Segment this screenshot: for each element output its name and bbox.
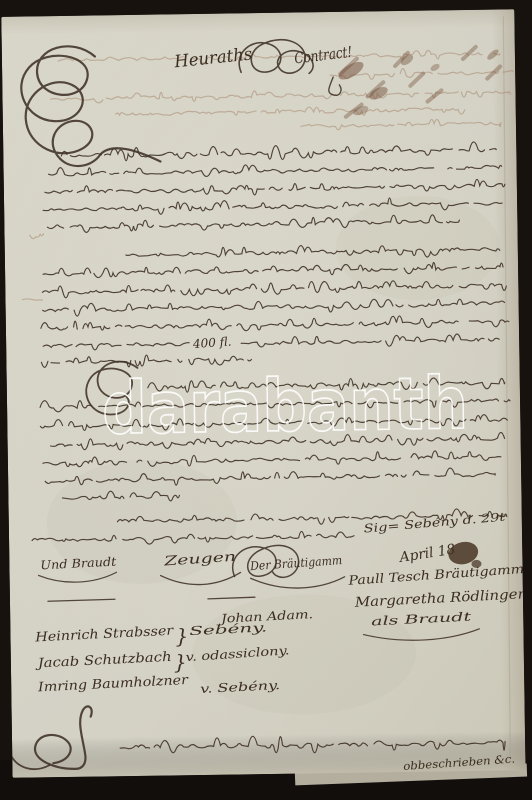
dowry-amount: 400 fl. (191, 335, 231, 352)
witness-brace: } (175, 624, 188, 648)
scanned-document: Heuraths Contract! 400 fl. Sig= Sebény d… (0, 0, 532, 800)
watermark: darabanth (101, 361, 468, 450)
paper-sheet: Heuraths Contract! 400 fl. Sig= Sebény d… (0, 9, 529, 779)
document-scan-image: Heuraths Contract! 400 fl. Sig= Sebény d… (0, 0, 532, 800)
paper-bottom-shading (12, 731, 526, 778)
